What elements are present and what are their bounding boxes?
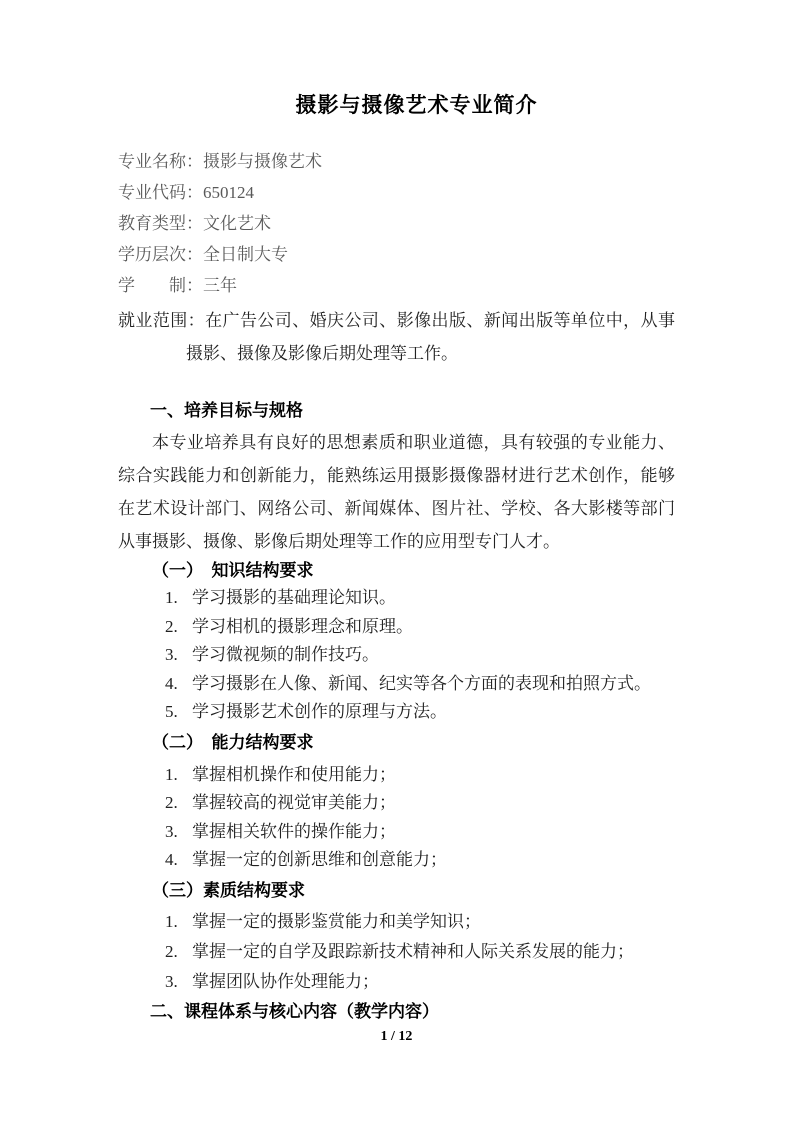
page-number: 1 / 12 bbox=[118, 1027, 675, 1047]
document-title: 摄影与摄像艺术专业简介 bbox=[118, 88, 675, 124]
item-number: 1. bbox=[165, 761, 178, 790]
item-number: 1. bbox=[165, 584, 178, 613]
subsection-heading-ability: （二） 能力结构要求 bbox=[152, 730, 675, 756]
section-heading-training: 一、培养目标与规格 bbox=[150, 396, 675, 426]
section-heading-curriculum: 二、课程体系与核心内容（教学内容） bbox=[150, 997, 675, 1027]
item-number: 3. bbox=[165, 967, 178, 997]
list-item: 3.掌握相关软件的操作能力； bbox=[165, 818, 675, 847]
item-number: 1. bbox=[165, 907, 178, 937]
list-item: 2.学习相机的摄影理念和原理。 bbox=[165, 613, 675, 642]
subsection-heading-quality: （三）素质结构要求 bbox=[152, 878, 675, 904]
item-text: 学习摄影在人像、新闻、纪实等各个方面的表现和拍照方式。 bbox=[192, 674, 651, 693]
employment-text: 在广告公司、婚庆公司、影像出版、新闻出版等单位中，从事摄影、摄像及影像后期处理等… bbox=[186, 311, 675, 363]
list-item: 1.学习摄影的基础理论知识。 bbox=[165, 584, 675, 613]
meta-row-education-type: 教育类型：文化艺术 bbox=[118, 208, 675, 239]
list-item: 4.学习摄影在人像、新闻、纪实等各个方面的表现和拍照方式。 bbox=[165, 670, 675, 699]
meta-value: 摄影与摄像艺术 bbox=[203, 152, 322, 171]
list-item: 4.掌握一定的创新思维和创意能力； bbox=[165, 846, 675, 875]
meta-label: 专业代码： bbox=[118, 183, 203, 202]
item-text: 学习摄影的基础理论知识。 bbox=[192, 588, 396, 607]
meta-label: 学 制： bbox=[118, 276, 203, 295]
document-page: 摄影与摄像艺术专业简介 专业名称：摄影与摄像艺术 专业代码：650124 教育类… bbox=[0, 0, 793, 1122]
item-text: 掌握一定的摄影鉴赏能力和美学知识； bbox=[192, 912, 481, 931]
item-number: 4. bbox=[165, 846, 178, 875]
item-text: 学习摄影艺术创作的原理与方法。 bbox=[192, 702, 447, 721]
knowledge-requirements-list: 1.学习摄影的基础理论知识。 2.学习相机的摄影理念和原理。 3.学习微视频的制… bbox=[165, 584, 675, 727]
subsection-heading-knowledge: （一） 知识结构要求 bbox=[152, 558, 675, 584]
list-item: 1.掌握相机操作和使用能力； bbox=[165, 761, 675, 790]
meta-row-duration: 学 制：三年 bbox=[118, 270, 675, 301]
list-item: 3.学习微视频的制作技巧。 bbox=[165, 641, 675, 670]
item-number: 5. bbox=[165, 698, 178, 727]
meta-label: 学历层次： bbox=[118, 245, 203, 264]
item-text: 掌握一定的自学及跟踪新技术精神和人际关系发展的能力； bbox=[192, 942, 634, 961]
item-number: 3. bbox=[165, 641, 178, 670]
item-text: 学习微视频的制作技巧。 bbox=[192, 645, 379, 664]
item-text: 学习相机的摄影理念和原理。 bbox=[192, 617, 413, 636]
ability-requirements-list: 1.掌握相机操作和使用能力； 2.掌握较高的视觉审美能力； 3.掌握相关软件的操… bbox=[165, 761, 675, 875]
list-item: 3.掌握团队协作处理能力； bbox=[165, 967, 675, 997]
meta-row-major-name: 专业名称：摄影与摄像艺术 bbox=[118, 146, 675, 177]
meta-value: 全日制大专 bbox=[203, 245, 288, 264]
meta-row-major-code: 专业代码：650124 bbox=[118, 177, 675, 208]
item-number: 2. bbox=[165, 937, 178, 967]
item-text: 掌握团队协作处理能力； bbox=[192, 972, 379, 991]
meta-value: 文化艺术 bbox=[203, 214, 271, 233]
item-text: 掌握相关软件的操作能力； bbox=[192, 822, 396, 841]
list-item: 2.掌握较高的视觉审美能力； bbox=[165, 789, 675, 818]
list-item: 5.学习摄影艺术创作的原理与方法。 bbox=[165, 698, 675, 727]
meta-label: 教育类型： bbox=[118, 214, 203, 233]
item-number: 4. bbox=[165, 670, 178, 699]
employment-label: 就业范围： bbox=[118, 311, 205, 330]
employment-scope: 就业范围：在广告公司、婚庆公司、影像出版、新闻出版等单位中，从事摄影、摄像及影像… bbox=[118, 304, 675, 370]
quality-requirements-list: 1.掌握一定的摄影鉴赏能力和美学知识； 2.掌握一定的自学及跟踪新技术精神和人际… bbox=[165, 907, 675, 997]
list-item: 1.掌握一定的摄影鉴赏能力和美学知识； bbox=[165, 907, 675, 937]
item-number: 2. bbox=[165, 789, 178, 818]
item-text: 掌握相机操作和使用能力； bbox=[192, 765, 396, 784]
meta-value: 650124 bbox=[203, 183, 254, 202]
meta-block: 专业名称：摄影与摄像艺术 专业代码：650124 教育类型：文化艺术 学历层次：… bbox=[118, 146, 675, 301]
meta-value: 三年 bbox=[203, 276, 237, 295]
item-number: 2. bbox=[165, 613, 178, 642]
meta-label: 专业名称： bbox=[118, 152, 203, 171]
item-number: 3. bbox=[165, 818, 178, 847]
training-paragraph: 本专业培养具有良好的思想素质和职业道德，具有较强的专业能力、综合实践能力和创新能… bbox=[118, 426, 675, 558]
list-item: 2.掌握一定的自学及跟踪新技术精神和人际关系发展的能力； bbox=[165, 937, 675, 967]
item-text: 掌握较高的视觉审美能力； bbox=[192, 793, 396, 812]
meta-row-degree-level: 学历层次：全日制大专 bbox=[118, 239, 675, 270]
item-text: 掌握一定的创新思维和创意能力； bbox=[192, 850, 447, 869]
